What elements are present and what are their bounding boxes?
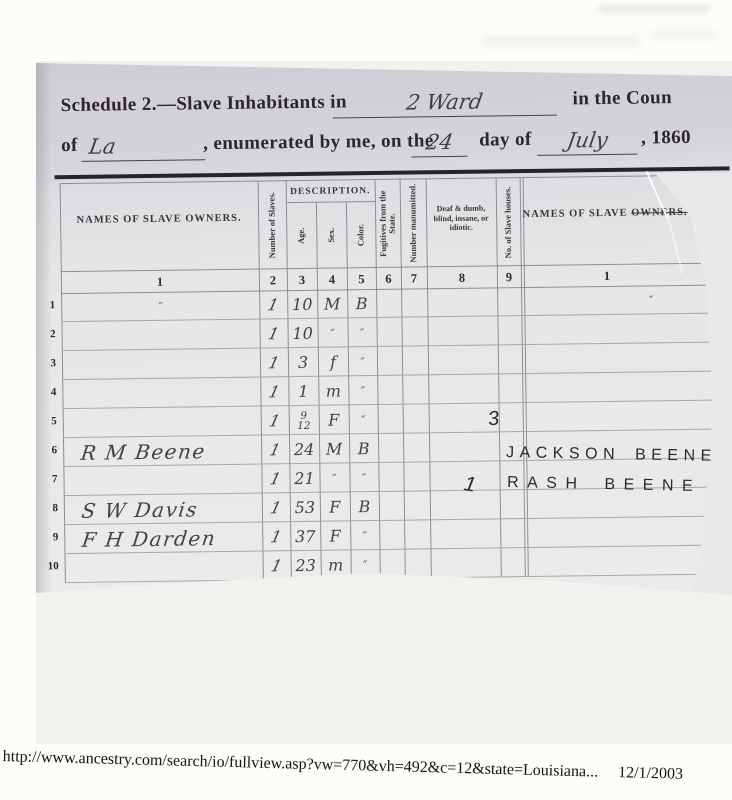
annotation-slave-houses-3: 3 — [487, 407, 500, 431]
annotation-slave-houses-1: 1 — [462, 472, 478, 498]
bleed-through-smudge — [482, 36, 640, 47]
document-photo: Schedule 2.—Slave Inhabitants in 2 Ward … — [36, 61, 732, 601]
print-date: 12/1/2003 — [618, 764, 683, 783]
bleed-through-smudge — [598, 4, 710, 13]
source-url: http://www.ancestry.com/search/io/fullvi… — [3, 748, 599, 781]
scanned-page: Schedule 2.—Slave Inhabitants in 2 Ward … — [36, 61, 732, 744]
source-url-line: http://www.ancestry.com/search/io/fullvi… — [3, 748, 684, 784]
bleed-through-smudge — [652, 30, 716, 39]
annotation-rash-beene: RASH BEENE — [507, 474, 701, 496]
annotation-jackson-beene: JACKSON BEENE — [506, 444, 717, 466]
pen-annotations: 3 1 JACKSON BEENE RASH BEENE — [36, 61, 732, 601]
